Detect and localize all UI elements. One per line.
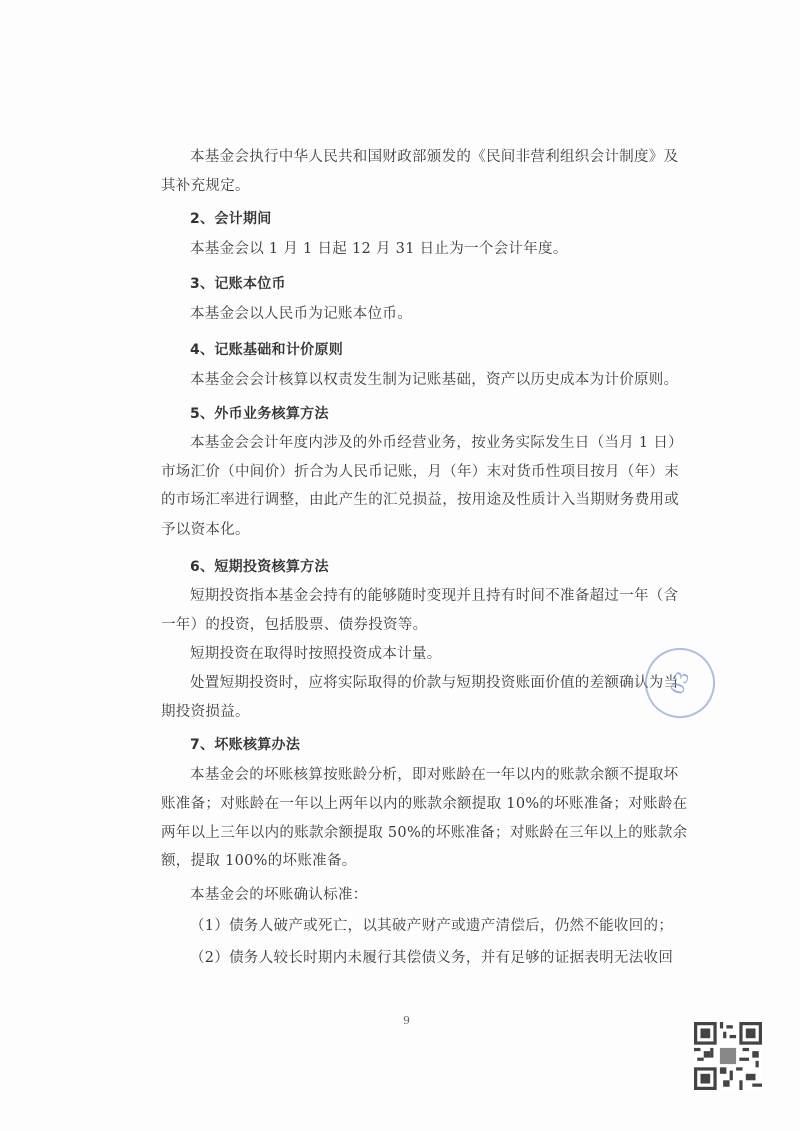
paragraph-line: 本基金会以 1 月 1 日起 12 月 31 日止为一个会计年度。 [190,240,568,258]
paragraph-line: 其补充规定。 [161,177,250,195]
paragraph-line: 期投资损益。 [161,703,250,721]
section-heading: 6、短期投资核算方法 [190,558,329,576]
seal-stamp-icon: 03 [635,638,725,728]
paragraph-line: 的市场汇率进行调整，由此产生的汇兑损益，按用途及性质计入当期财务费用或 [161,491,679,509]
paragraph-line: 处置短期投资时，应将实际取得的价款与短期投资账面价值的差额确认为当 [190,674,678,692]
paragraph-line: 本基金会执行中华人民共和国财政部颁发的《民间非营利组织会计制度》及 [190,148,678,166]
section-heading: 7、坏账核算办法 [190,736,300,754]
paragraph-line: 账准备；对账龄在一年以上两年以内的账款余额提取 10%的坏账准备；对账龄在 [161,795,687,813]
paragraph-line: （2）债务人较长时期内未履行其偿债义务，并有足够的证据表明无法收回 [190,949,673,967]
paragraph-line: 短期投资在取得时按照投资成本计量。 [190,645,442,663]
paragraph-line: 予以资本化。 [161,521,250,539]
paragraph-line: 本基金会的坏账核算按账龄分析，即对账龄在一年以内的账款余额不提取坏 [190,766,678,784]
paragraph-line: 本基金会以人民币为记账本位币。 [190,305,412,323]
paragraph-line: 本基金会会计核算以权责发生制为记账基础，资产以历史成本为计价原则。 [190,371,678,389]
paragraph-line: 一年）的投资，包括股票、债券投资等。 [161,616,427,634]
section-heading: 3、记账本位币 [190,275,286,293]
paragraph-line: 市场汇价（中间价）折合为人民币记账，月（年）末对货币性项目按月（年）末 [161,463,679,481]
paragraph-line: 短期投资指本基金会持有的能够随时变现并且持有时间不准备超过一年（含 [190,587,678,605]
section-heading: 4、记账基础和计价原则 [190,341,343,359]
section-heading: 2、会计期间 [190,210,272,228]
stamp-text: 03 [666,669,694,698]
paragraph-line: （1）债务人破产或死亡，以其破产财产或遗产清偿后，仍然不能收回的； [190,917,673,935]
paragraph-line: 两年以上三年以内的账款余额提取 50%的坏账准备；对账龄在三年以上的账款余 [161,824,687,842]
qr-code-icon [694,1022,762,1090]
paragraph-line: 本基金会会计年度内涉及的外币经营业务，按业务实际发生日（当月 1 日） [190,434,683,452]
paragraph-line: 本基金会的坏账确认标准： [190,886,368,904]
page-number: 9 [403,1014,410,1027]
paragraph-line: 额，提取 100%的坏账准备。 [161,852,357,870]
section-heading: 5、外币业务核算方法 [190,405,329,423]
